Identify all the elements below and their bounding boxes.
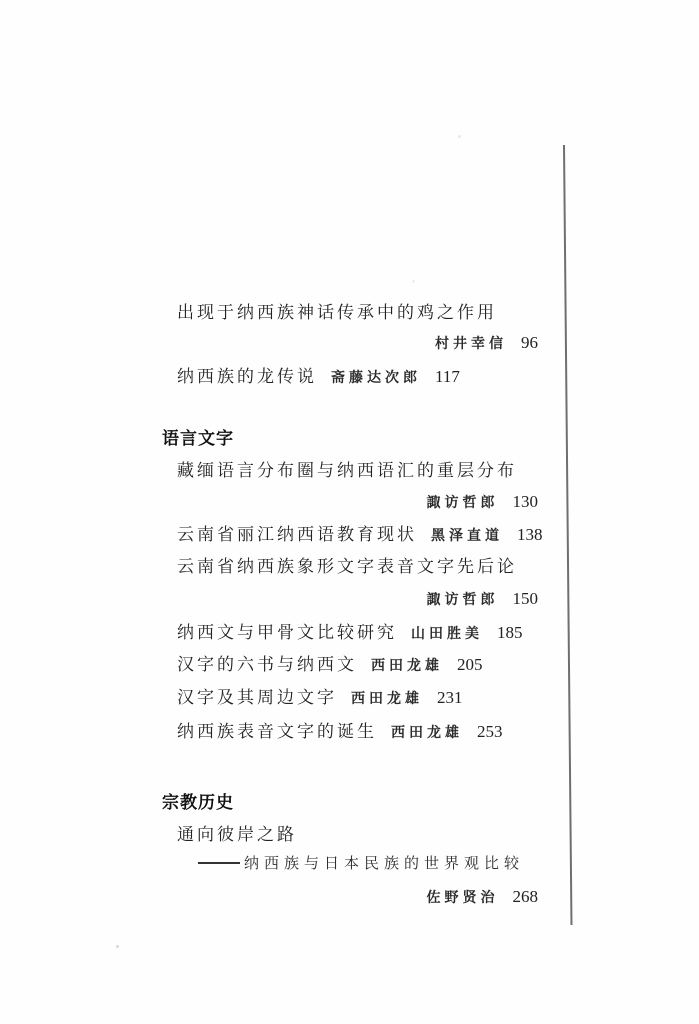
toc-entry: 汉字及其周边文字西田龙雄231 bbox=[177, 687, 463, 710]
toc-entry: 纳西族表音文字的诞生西田龙雄253 bbox=[177, 721, 503, 744]
toc-entry-page-number: 117 bbox=[435, 366, 460, 388]
toc-entry-subtitle-text: 纳西族与日本民族的世界观比较 bbox=[244, 854, 524, 872]
toc-entry-author: 諏访哲郎 bbox=[427, 495, 499, 511]
toc-entry-author: 佐野贤治 bbox=[427, 890, 499, 906]
margin-rule-divider bbox=[563, 145, 572, 925]
toc-entry-page-number: 205 bbox=[457, 654, 483, 676]
toc-entry-author: 西田龙雄 bbox=[391, 722, 463, 744]
toc-entry-author: 山田胜美 bbox=[411, 623, 483, 645]
document-page: 出现于纳西族神话传承中的鸡之作用 村井幸信96 纳西族的龙传说斋藤达次郎117 … bbox=[0, 0, 699, 1024]
toc-entry-author: 諏访哲郎 bbox=[427, 592, 499, 608]
toc-entry-page-number: 253 bbox=[477, 721, 503, 743]
toc-entry-title: 通向彼岸之路 bbox=[177, 824, 297, 846]
toc-entry-author: 西田龙雄 bbox=[351, 688, 423, 710]
toc-entry-author: 斋藤达次郎 bbox=[331, 367, 421, 389]
em-dash-divider bbox=[198, 862, 240, 863]
toc-entry-title: 出现于纳西族神话传承中的鸡之作用 bbox=[177, 302, 497, 324]
toc-entry: 纳西族的龙传说斋藤达次郎117 bbox=[177, 366, 460, 389]
toc-entry-author: 西田龙雄 bbox=[371, 655, 443, 677]
toc-entry-subtitle: 纳西族与日本民族的世界观比较 bbox=[198, 852, 524, 874]
toc-entry-title: 汉字的六书与纳西文 bbox=[177, 655, 357, 675]
toc-entry-byline: 村井幸信96 bbox=[435, 332, 538, 355]
scan-speck bbox=[458, 135, 461, 138]
toc-entry: 汉字的六书与纳西文西田龙雄205 bbox=[177, 654, 483, 677]
toc-entry-page-number: 268 bbox=[513, 886, 539, 908]
toc-entry-title: 纳西族表音文字的诞生 bbox=[177, 722, 377, 742]
section-heading-language: 语言文字 bbox=[162, 428, 234, 450]
toc-entry-page-number: 130 bbox=[513, 491, 539, 513]
toc-entry: 纳西文与甲骨文比较研究山田胜美185 bbox=[177, 622, 523, 645]
toc-entry-title: 云南省纳西族象形文字表音文字先后论 bbox=[177, 556, 517, 578]
toc-entry-title: 纳西族的龙传说 bbox=[177, 367, 317, 387]
scan-speck bbox=[412, 280, 415, 283]
toc-entry-page-number: 138 bbox=[517, 524, 543, 546]
toc-entry-page-number: 185 bbox=[497, 622, 523, 644]
toc-entry-author: 村井幸信 bbox=[435, 336, 507, 352]
toc-entry-byline: 諏访哲郎150 bbox=[427, 588, 539, 611]
toc-entry-title: 云南省丽江纳西语教育现状 bbox=[177, 525, 417, 545]
toc-entry-title: 纳西文与甲骨文比较研究 bbox=[177, 623, 397, 643]
toc-entry-title: 汉字及其周边文字 bbox=[177, 688, 337, 708]
toc-entry: 云南省丽江纳西语教育现状黑泽直道138 bbox=[177, 524, 543, 547]
toc-entry-byline: 佐野贤治268 bbox=[427, 886, 539, 909]
toc-entry-byline: 諏访哲郎130 bbox=[427, 491, 539, 514]
toc-entry-author: 黑泽直道 bbox=[431, 525, 503, 547]
toc-entry-page-number: 96 bbox=[521, 332, 538, 354]
toc-entry-page-number: 150 bbox=[513, 588, 539, 610]
section-heading-religion-history: 宗教历史 bbox=[162, 792, 234, 814]
toc-entry-title: 藏缅语言分布圈与纳西语汇的重层分布 bbox=[177, 460, 517, 482]
scan-speck bbox=[116, 945, 119, 948]
toc-entry-page-number: 231 bbox=[437, 687, 463, 709]
